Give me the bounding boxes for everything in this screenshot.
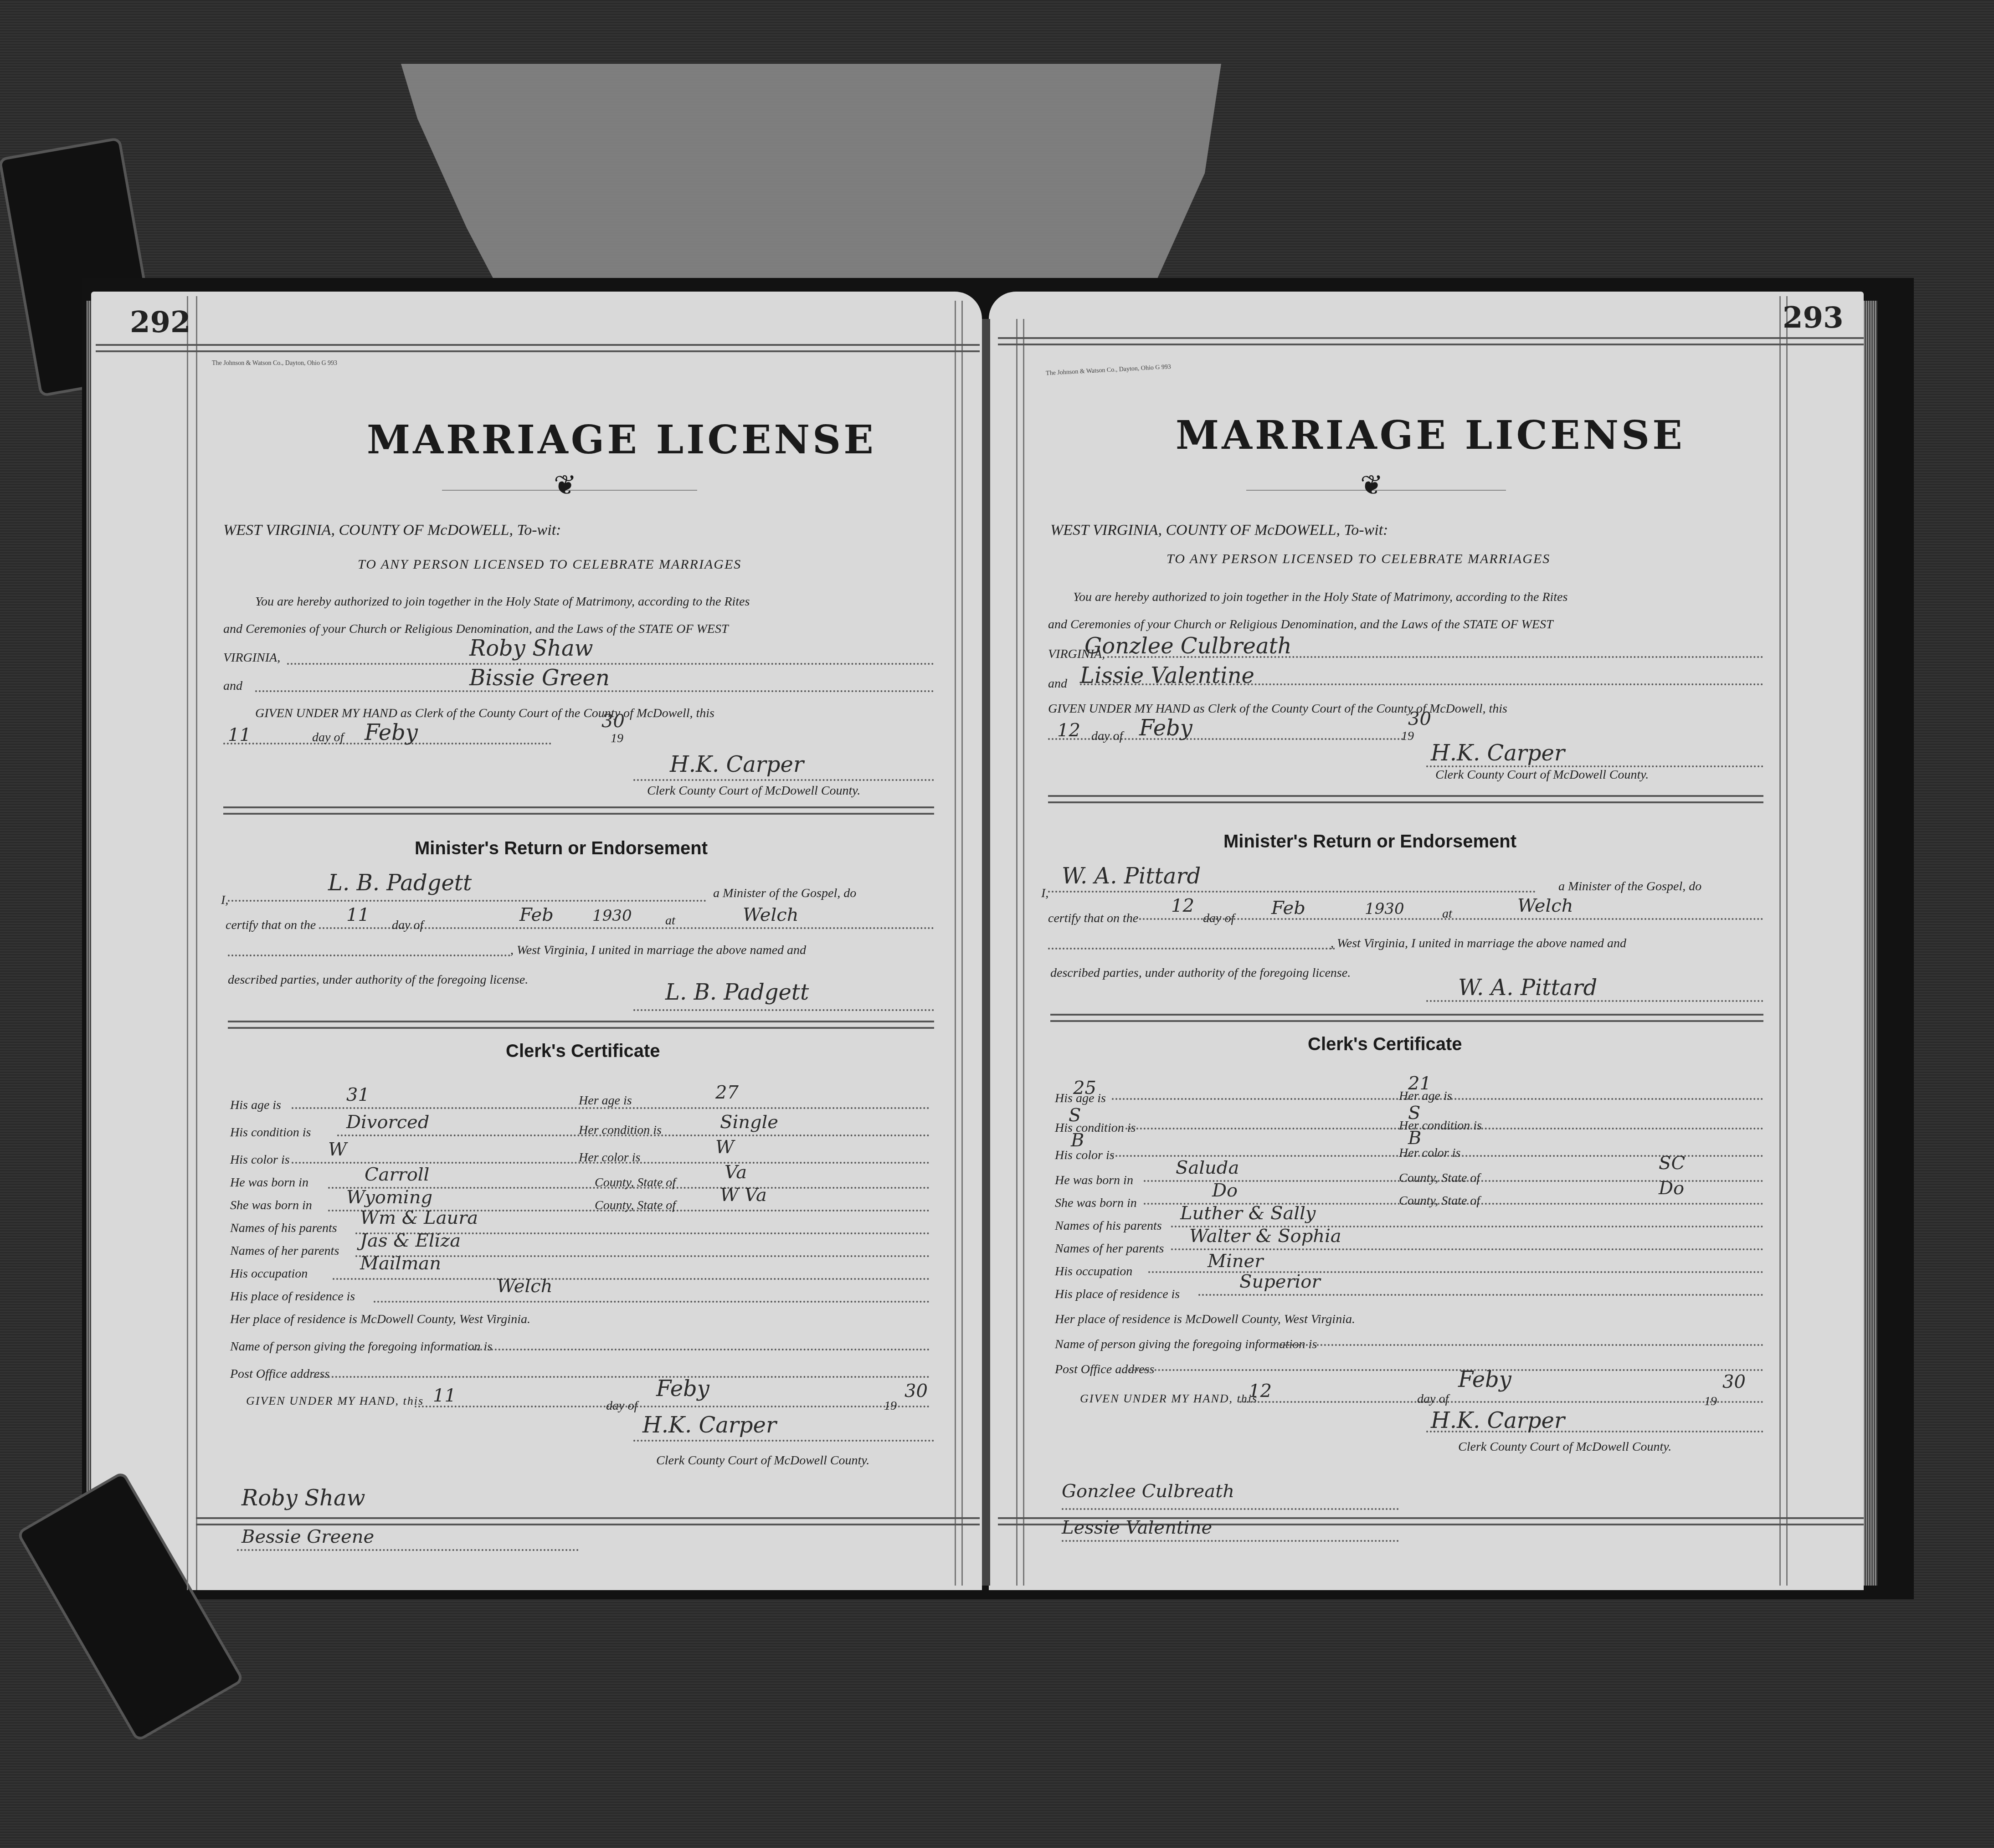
minister-name-line: [228, 900, 706, 902]
post-office-line: [310, 1376, 930, 1378]
clerk-caption: Clerk County Court of McDowell County.: [647, 784, 860, 798]
groom-name: Roby Shaw: [469, 636, 593, 661]
united-line: , West Virginia, I united in marriage th…: [510, 943, 806, 958]
cert-date-line: [1239, 1401, 1763, 1403]
given-under-hand-clerk: GIVEN UNDER MY HAND as Clerk of the Coun…: [255, 706, 714, 721]
minister-of-gospel: a Minister of the Gospel, do: [1558, 879, 1701, 894]
his-condition-label: His condition is: [1055, 1121, 1136, 1135]
license-day: 12: [1057, 720, 1080, 741]
clerk-signature: H.K. Carper: [1431, 740, 1565, 766]
groom-name: Gonzlee Culbreath: [1084, 633, 1292, 659]
bride-signature-line: [1062, 1540, 1399, 1542]
bride-signature-line: [237, 1549, 579, 1551]
bride-name: Lissie Valentine: [1080, 663, 1254, 688]
her-color-label: Her color is: [579, 1150, 640, 1165]
section-divider: [228, 1021, 934, 1029]
groom-signature-line: [237, 1517, 579, 1519]
cert-year: 30: [1722, 1371, 1746, 1392]
marriage-day: 11: [346, 904, 370, 925]
his-residence-label: His place of residence is: [1055, 1287, 1180, 1302]
margin-rule: [187, 296, 188, 1590]
her-age: 27: [715, 1082, 739, 1103]
margin-rule: [1786, 296, 1788, 1586]
her-birth-state: Do: [1659, 1178, 1684, 1199]
clerk-caption: Clerk County Court of McDowell County.: [656, 1453, 869, 1468]
clerk-certificate-heading: Clerk's Certificate: [1308, 1034, 1462, 1055]
header-double-rule: [998, 337, 1864, 345]
his-parents-label: Names of his parents: [1055, 1219, 1162, 1233]
his-condition-label: His condition is: [230, 1125, 311, 1140]
at-label: at: [1442, 907, 1452, 921]
minister-i-label: I,: [221, 893, 228, 908]
addressee-line: TO ANY PERSON LICENSED TO CELEBRATE MARR…: [358, 557, 741, 572]
groom-line: [287, 663, 934, 665]
bride-name: Bissie Green: [469, 665, 610, 691]
virginia-label: VIRGINIA,: [223, 651, 280, 665]
his-age: 25: [1073, 1078, 1096, 1099]
year-prefix: 19: [1401, 729, 1414, 744]
his-color-label: His color is: [1055, 1148, 1115, 1163]
post-office-line: [1125, 1369, 1763, 1371]
informant-label: Name of person giving the foregoing info…: [1055, 1337, 1317, 1352]
county-state-label: County, State of: [595, 1198, 676, 1213]
cert-clerk-line: [633, 1440, 934, 1442]
her-parents-label: Names of her parents: [230, 1244, 339, 1258]
given-under-hand-this: GIVEN UNDER MY HAND, this: [246, 1394, 424, 1408]
minister-name: W. A. Pittard: [1062, 863, 1201, 889]
cert-month: Feby: [656, 1376, 709, 1401]
she-born-label: She was born in: [1055, 1196, 1137, 1211]
his-birth-county: Saluda: [1176, 1157, 1239, 1178]
informant-label: Name of person giving the foregoing info…: [230, 1340, 492, 1354]
day-of-label: day of: [1091, 729, 1123, 744]
marriage-month: Feb: [519, 904, 554, 925]
her-residence-line: Her place of residence is McDowell Count…: [1055, 1312, 1355, 1327]
post-office-label: Post Office address: [230, 1367, 329, 1381]
year-prefix: 19: [1704, 1394, 1717, 1409]
his-parents-label: Names of his parents: [230, 1221, 337, 1236]
her-parents-label: Names of her parents: [1055, 1242, 1164, 1256]
minister-signature: W. A. Pittard: [1458, 975, 1597, 1001]
county-state-label: County, State of: [1399, 1171, 1480, 1186]
year-prefix: 19: [611, 731, 623, 746]
cert-year: 30: [904, 1381, 928, 1401]
margin-rule: [1023, 319, 1024, 1586]
margin-rule: [961, 301, 963, 1586]
marriage-place: Welch: [743, 904, 798, 925]
occupation: Mailman: [360, 1253, 441, 1274]
form-title: MARRIAGE LICENSE: [1176, 412, 1685, 458]
license-month: Feby: [365, 720, 418, 745]
occupation-label: His occupation: [1055, 1264, 1132, 1279]
bride-signature: Lessie Valentine: [1062, 1517, 1212, 1538]
her-parents-line: [1171, 1248, 1763, 1250]
his-birth-county: Carroll: [365, 1164, 429, 1185]
cert-day: 11: [433, 1385, 456, 1406]
informant-line: [1280, 1344, 1763, 1346]
marriage-day: 12: [1171, 895, 1194, 916]
page-number-left: 292: [130, 305, 191, 339]
his-age-label: His age is: [230, 1098, 281, 1113]
bride-signature: Bessie Greene: [242, 1526, 374, 1547]
minister-signature-line: [633, 1009, 934, 1011]
header-double-rule: [96, 344, 980, 352]
clerk-caption: Clerk County Court of McDowell County.: [1458, 1440, 1671, 1454]
her-condition-label: Her condition is: [579, 1123, 662, 1138]
page-edges-right: [1864, 301, 1877, 1586]
united-line: , West Virginia, I united in marriage th…: [1331, 936, 1626, 951]
his-color-label: His color is: [230, 1153, 290, 1167]
her-birth-county: Wyoming: [346, 1187, 432, 1208]
section-divider: [223, 806, 934, 815]
occupation: Miner: [1208, 1251, 1263, 1272]
her-age: 21: [1408, 1073, 1431, 1094]
minister-i-label: I,: [1041, 886, 1048, 901]
day-of-label: day of: [1203, 911, 1234, 926]
margin-rule: [196, 296, 197, 1590]
minister-heading: Minister's Return or Endorsement: [1223, 832, 1516, 852]
cert-month: Feby: [1458, 1367, 1511, 1392]
county-line: [1048, 948, 1335, 950]
her-parents: Walter & Sophia: [1189, 1226, 1341, 1247]
informant-line: [469, 1349, 930, 1350]
groom-signature: Gonzlee Culbreath: [1062, 1481, 1234, 1502]
his-residence: Welch: [497, 1276, 552, 1297]
and-label: and: [1048, 677, 1067, 691]
section-divider: [1050, 1014, 1763, 1022]
her-color: B: [1408, 1128, 1421, 1149]
his-birth-state: SC: [1659, 1153, 1685, 1174]
her-condition: Single: [720, 1112, 778, 1133]
his-residence-label: His place of residence is: [230, 1289, 355, 1304]
printer-imprint: The Johnson & Watson Co., Dayton, Ohio G…: [212, 360, 337, 367]
margin-rule: [955, 301, 956, 1586]
day-of-label: day of: [392, 918, 423, 933]
minister-of-gospel: a Minister of the Gospel, do: [713, 886, 856, 901]
state-county-line: WEST VIRGINIA, COUNTY OF McDOWELL, To-wi…: [223, 522, 561, 539]
described-line: described parties, under authority of th…: [228, 973, 528, 987]
marriage-year: 1930: [592, 907, 632, 925]
her-age-label: Her age is: [579, 1093, 632, 1108]
occupation-line: [333, 1278, 930, 1280]
her-color: W: [715, 1137, 734, 1158]
minister-name-line: [1048, 891, 1536, 893]
certify-label: certify that on the: [1048, 911, 1138, 926]
cert-date-line: [415, 1406, 930, 1407]
at-label: at: [665, 914, 675, 928]
he-born-label: He was born in: [230, 1176, 308, 1190]
her-birth-state: W Va: [720, 1185, 767, 1206]
minister-heading: Minister's Return or Endorsement: [415, 838, 708, 859]
left-page: [91, 292, 982, 1590]
scroll-ornament-icon: ❦: [1360, 469, 1383, 501]
her-condition: S: [1408, 1103, 1420, 1124]
and-label: and: [223, 679, 242, 693]
day-of-label: day of: [1417, 1392, 1449, 1407]
day-of-label: day of: [312, 730, 344, 745]
given-under-hand-clerk: GIVEN UNDER MY HAND as Clerk of the Coun…: [1048, 702, 1507, 716]
clerk-signature-line: [633, 779, 934, 781]
scroll-ornament-icon: ❦: [554, 469, 576, 501]
minister-name: L. B. Padgett: [328, 870, 472, 896]
he-born-label: He was born in: [1055, 1173, 1133, 1188]
license-day: 11: [228, 724, 251, 745]
margin-rule: [1016, 319, 1018, 1586]
license-year: 30: [1408, 708, 1431, 729]
state-county-line: WEST VIRGINIA, COUNTY OF McDOWELL, To-wi…: [1050, 522, 1388, 539]
day-of-label: day of: [606, 1399, 637, 1413]
authorization-line-2: and Ceremonies of your Church or Religio…: [223, 622, 729, 637]
cert-clerk-signature: H.K. Carper: [642, 1412, 776, 1438]
her-birth-county: Do: [1212, 1180, 1238, 1201]
groom-signature-line: [1062, 1508, 1399, 1510]
book-spine: [982, 319, 990, 1586]
groom-signature: Roby Shaw: [242, 1485, 365, 1511]
residence-line: [374, 1301, 930, 1303]
his-birth-state: Va: [725, 1162, 747, 1183]
described-line: described parties, under authority of th…: [1050, 966, 1351, 980]
authorization-line-1: You are hereby authorized to join togeth…: [1073, 590, 1567, 605]
certify-label: certify that on the: [226, 918, 316, 933]
she-born-label: She was born in: [230, 1198, 312, 1213]
form-title: MARRIAGE LICENSE: [367, 417, 876, 463]
county-state-label: County, State of: [595, 1176, 676, 1190]
his-color: W: [328, 1139, 347, 1160]
cert-day: 12: [1249, 1381, 1272, 1401]
her-parents-line: [355, 1255, 930, 1257]
his-condition: Divorced: [346, 1112, 429, 1133]
section-divider: [1048, 795, 1763, 803]
clerk-certificate-heading: Clerk's Certificate: [506, 1041, 660, 1062]
cert-clerk-signature: H.K. Carper: [1431, 1408, 1565, 1433]
his-age: 31: [346, 1084, 370, 1105]
his-residence: Superior: [1239, 1271, 1321, 1292]
clerk-signature: H.K. Carper: [670, 752, 804, 777]
his-parents: Luther & Sally: [1180, 1203, 1316, 1224]
her-parents: Jas & Eliza: [360, 1230, 461, 1251]
license-year: 30: [601, 711, 625, 732]
his-color: B: [1071, 1130, 1084, 1151]
page-number-right: 293: [1783, 301, 1844, 335]
clerk-caption: Clerk County Court of McDowell County.: [1435, 768, 1649, 782]
authorization-line-2: and Ceremonies of your Church or Religio…: [1048, 617, 1553, 632]
his-parents: Wm & Laura: [360, 1207, 478, 1228]
margin-rule: [1779, 296, 1781, 1586]
marriage-place: Welch: [1517, 895, 1573, 916]
his-condition: S: [1069, 1105, 1081, 1126]
given-under-hand-this: GIVEN UNDER MY HAND, this: [1080, 1392, 1258, 1406]
residence-line: [1198, 1294, 1763, 1296]
her-residence-line: Her place of residence is McDowell Count…: [230, 1312, 530, 1327]
county-line: [228, 955, 510, 956]
license-month: Feby: [1139, 715, 1192, 741]
marriage-month: Feb: [1271, 898, 1305, 919]
authorization-line-1: You are hereby authorized to join togeth…: [255, 595, 750, 609]
minister-signature: L. B. Padgett: [665, 980, 809, 1005]
occupation-label: His occupation: [230, 1267, 308, 1281]
county-state-label: County, State of: [1399, 1194, 1480, 1208]
year-prefix: 19: [884, 1399, 897, 1413]
marriage-year: 1930: [1365, 900, 1404, 918]
addressee-line: TO ANY PERSON LICENSED TO CELEBRATE MARR…: [1167, 551, 1550, 567]
